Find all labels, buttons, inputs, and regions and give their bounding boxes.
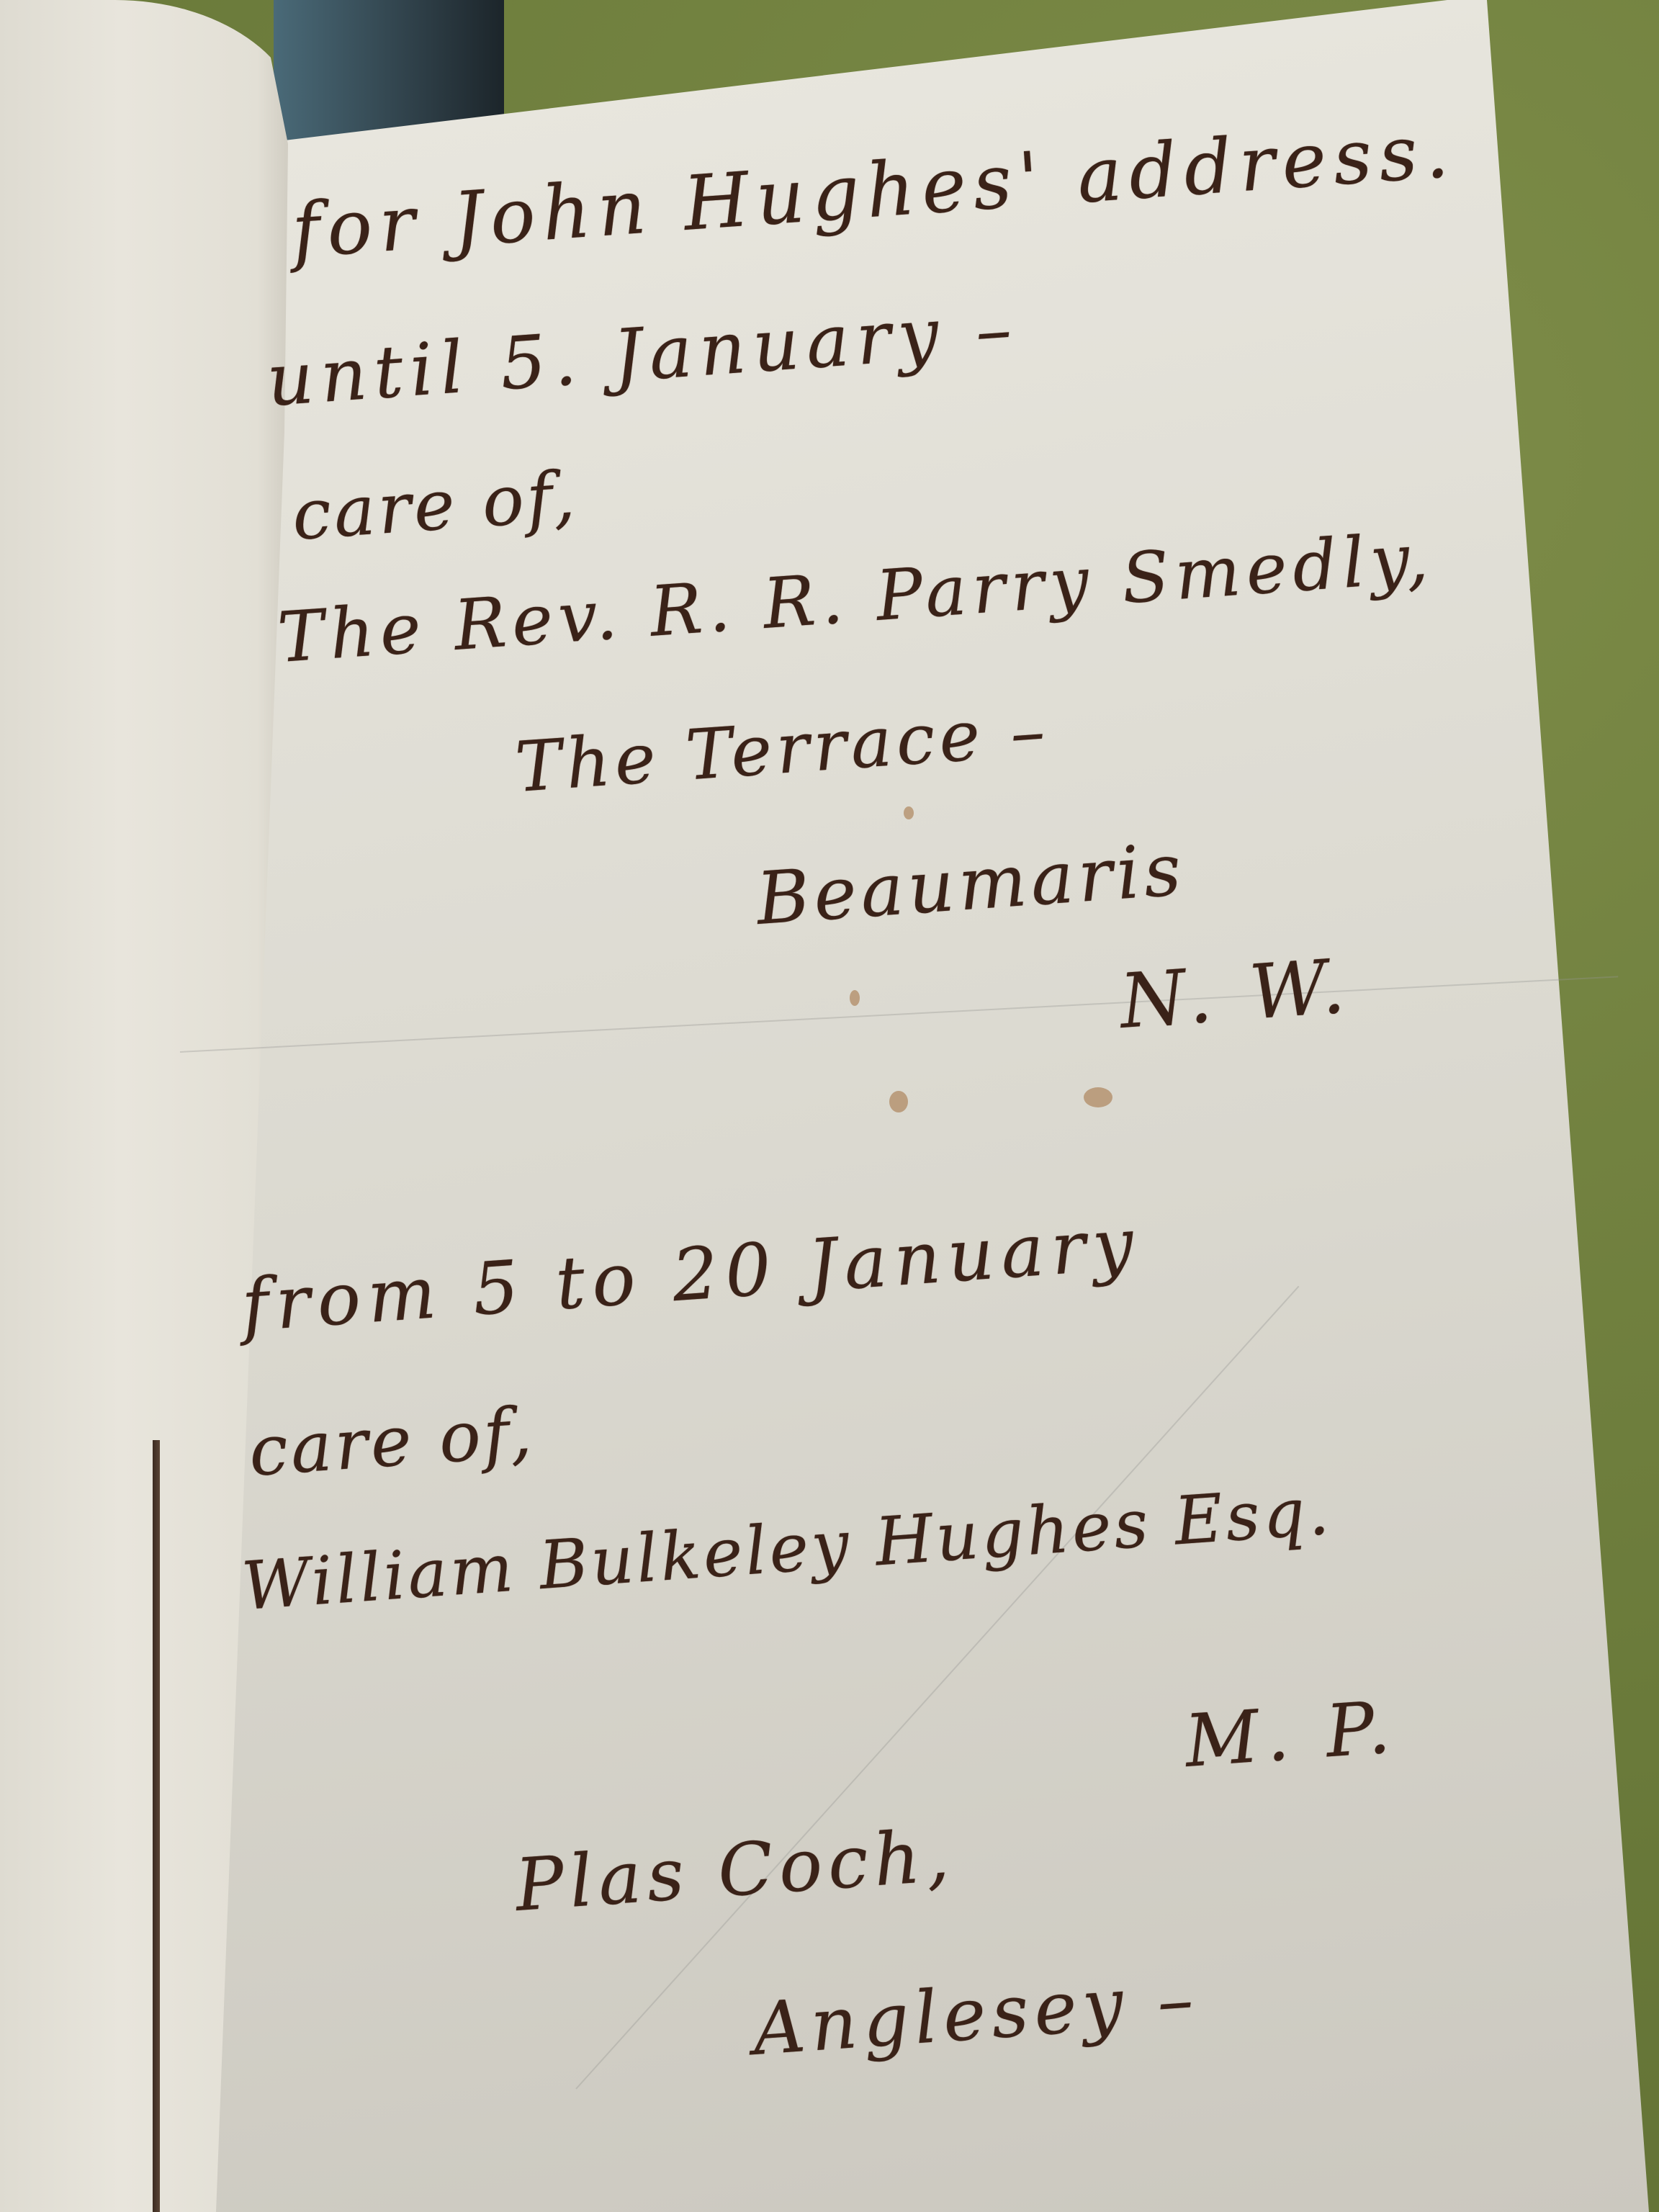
text-line: M. P. — [1182, 1685, 1400, 1784]
foxing-stain — [850, 990, 860, 1006]
foxing-stain — [1084, 1087, 1112, 1107]
book-gutter — [153, 1440, 160, 2212]
foxing-stain — [904, 806, 914, 819]
text-line: N. W. — [1117, 942, 1354, 1046]
foxing-stain — [889, 1091, 908, 1112]
